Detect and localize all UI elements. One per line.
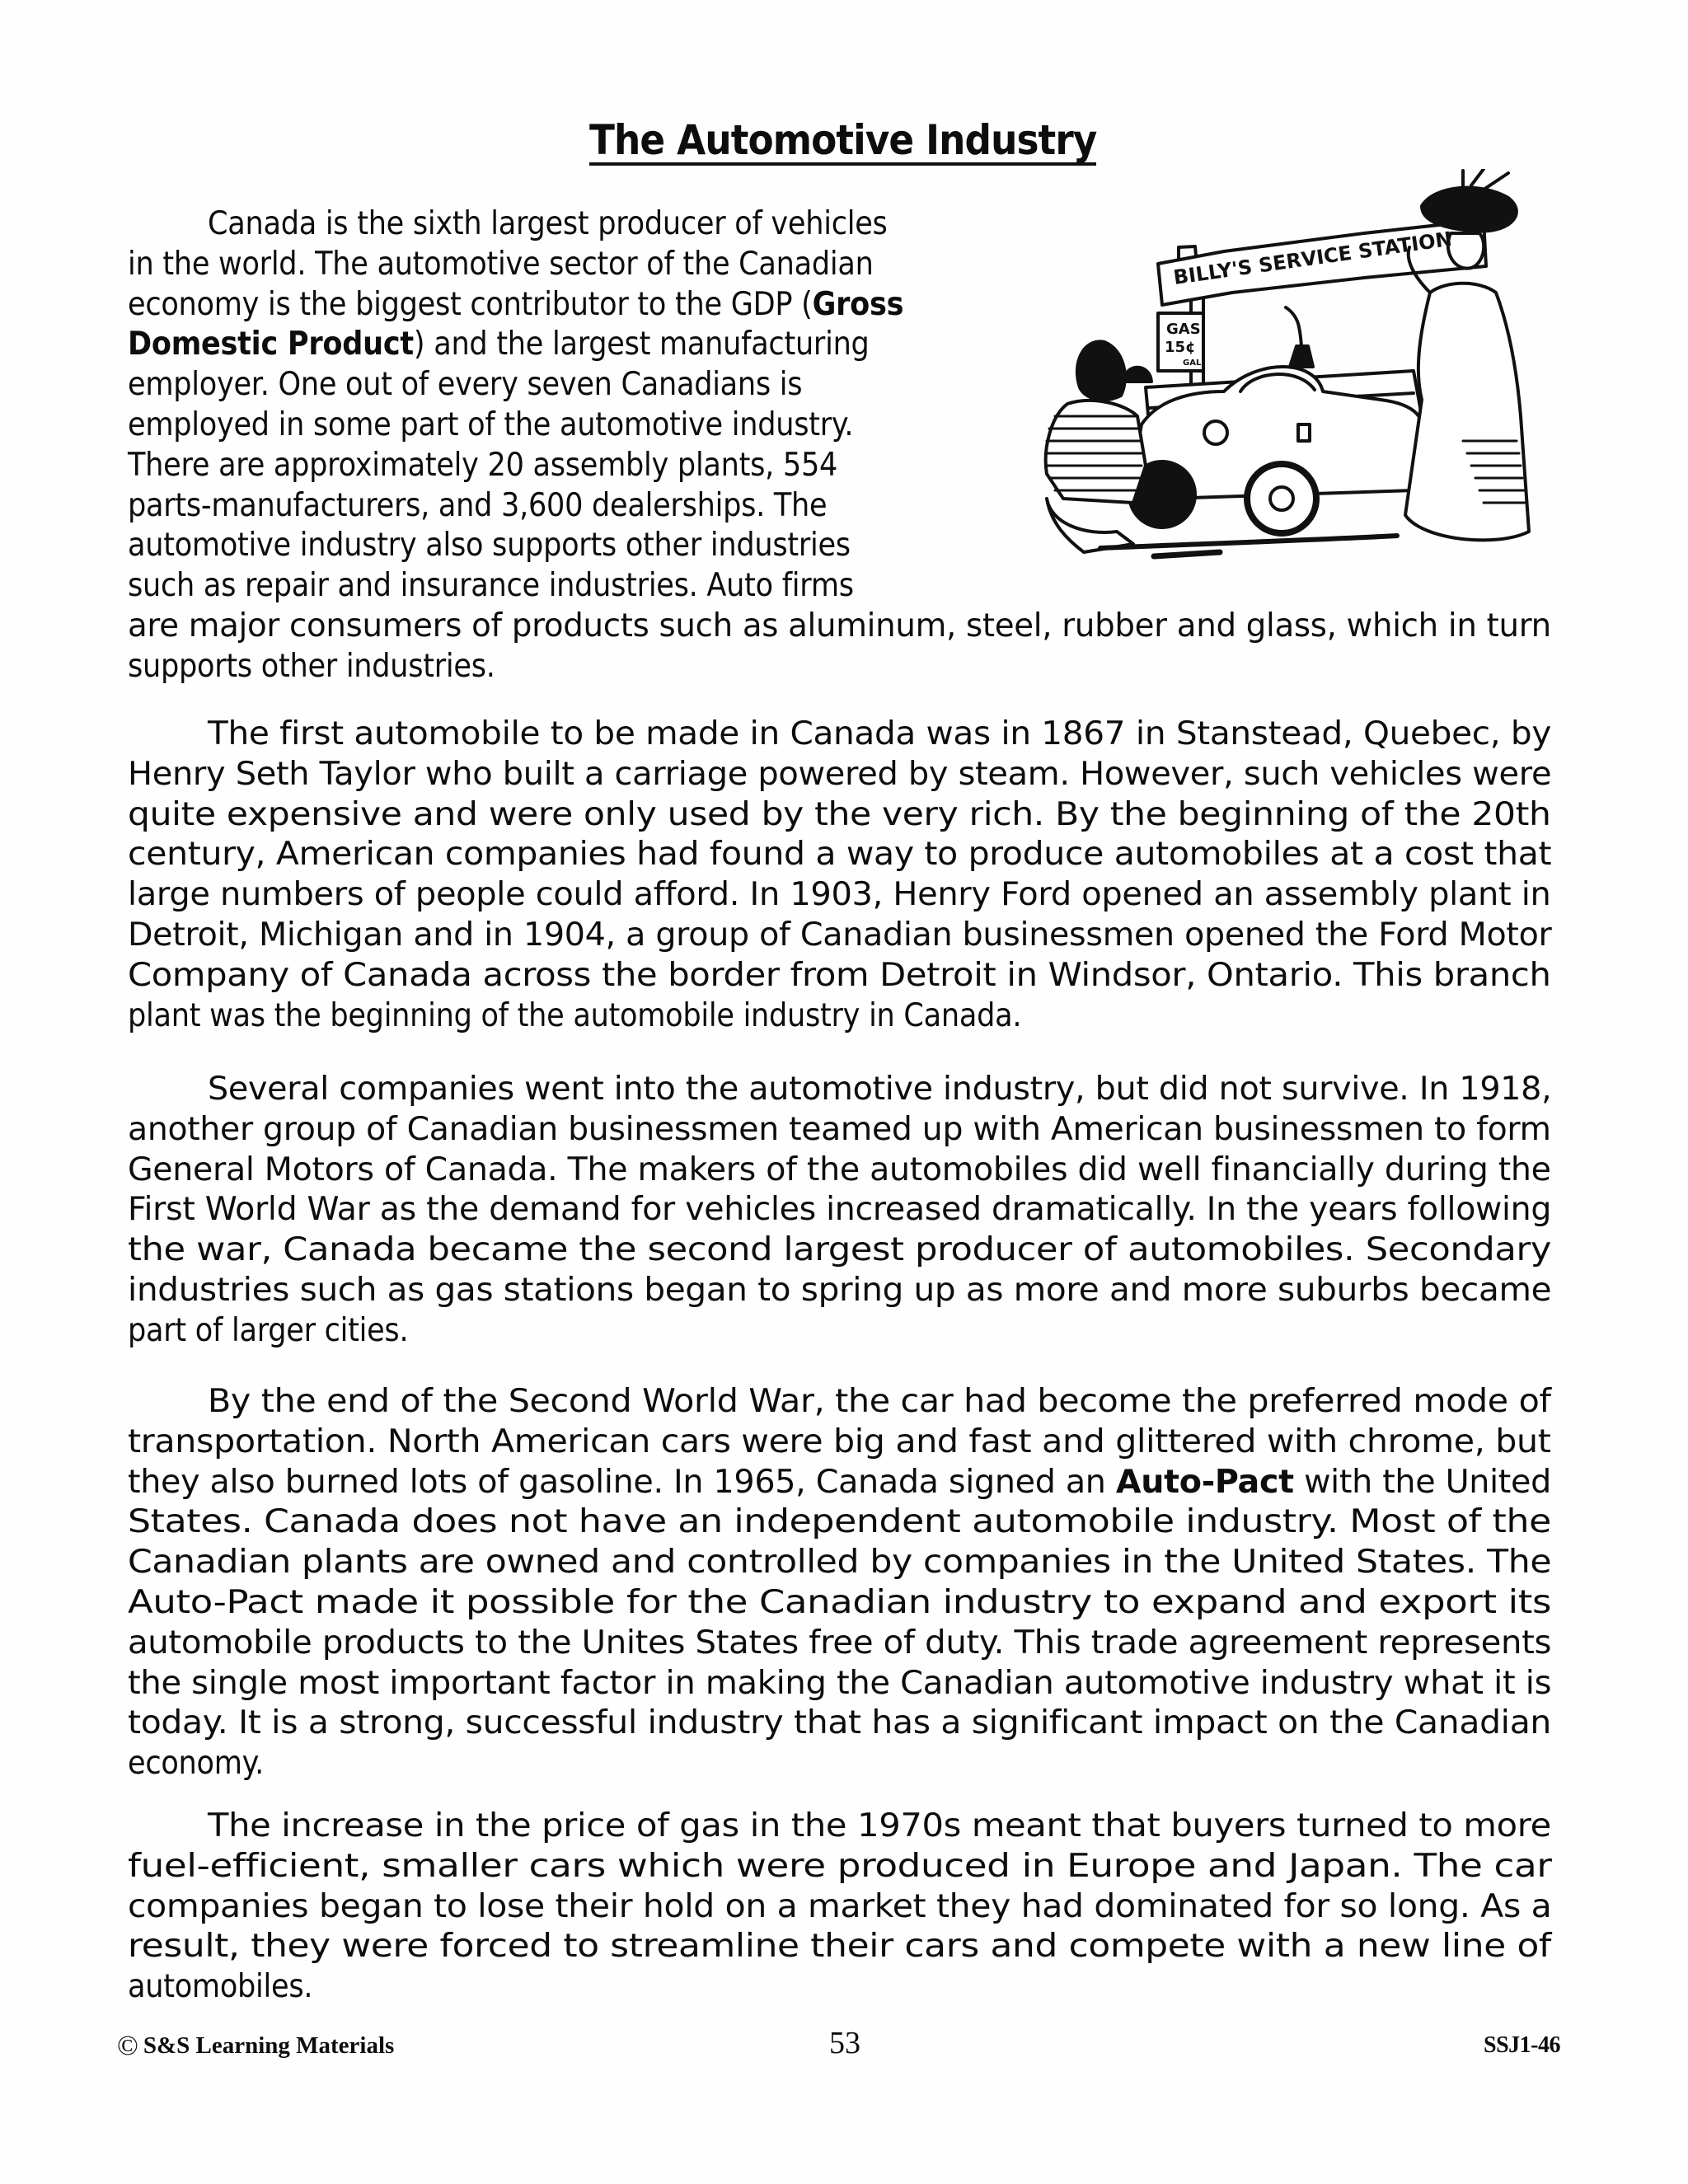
text-run: First World War as the demand for vehicl… xyxy=(128,1191,1551,1228)
text-run: transportation. North American cars were… xyxy=(128,1423,1551,1460)
text-run: in the world. The automotive sector of t… xyxy=(128,246,874,283)
bold-term: Auto-Pact xyxy=(1116,1464,1294,1501)
copyright-icon: © xyxy=(117,2031,138,2061)
paragraph-5-line: automobiles. xyxy=(128,1967,312,2007)
text-run: Several companies went into the automoti… xyxy=(208,1071,1551,1108)
paragraph-3-line: another group of Canadian businessmen te… xyxy=(128,1110,1551,1150)
text-run: the war, Canada became the second larges… xyxy=(128,1231,1551,1268)
text-run: automobiles. xyxy=(128,1968,312,2005)
gas-sign-line1: GAS xyxy=(1166,321,1201,338)
text-run: Auto-Pact made it possible for the Canad… xyxy=(128,1584,1551,1621)
paragraph-4-line: By the end of the Second World War, the … xyxy=(208,1382,1551,1422)
footer-publisher: ©S&S Learning Materials xyxy=(117,2029,394,2063)
publisher-name: S&S Learning Materials xyxy=(143,2032,395,2059)
text-run: Canadian plants are owned and controlled… xyxy=(128,1544,1551,1581)
text-run: such as repair and insurance industries.… xyxy=(128,567,854,604)
paragraph-1-line: employer. One out of every seven Canadia… xyxy=(128,365,802,405)
text-run: they also burned lots of gasoline. In 19… xyxy=(128,1464,1116,1501)
paragraph-4-line: they also burned lots of gasoline. In 19… xyxy=(128,1463,1551,1502)
paragraph-3-line: the war, Canada became the second larges… xyxy=(128,1230,1551,1270)
paragraph-1-line: There are approximately 20 assembly plan… xyxy=(128,446,837,485)
paragraph-3-line: industries such as gas stations began to… xyxy=(128,1271,1551,1310)
paragraph-2-line: Company of Canada across the border from… xyxy=(128,956,1551,996)
text-run: the single most important factor in maki… xyxy=(128,1665,1551,1702)
paragraph-4-line: automobile products to the Unites States… xyxy=(128,1624,1551,1663)
text-run: parts-manufacturers, and 3,600 dealershi… xyxy=(128,487,827,524)
text-run: economy. xyxy=(128,1745,264,1782)
paragraph-1-line: are major consumers of products such as … xyxy=(128,607,1551,646)
paragraph-4-line: today. It is a strong, successful indust… xyxy=(128,1704,1551,1743)
paragraph-5-line: result, they were forced to streamline t… xyxy=(128,1927,1551,1966)
paragraph-2-line: The first automobile to be made in Canad… xyxy=(208,715,1551,754)
document-page: The Automotive Industry Canada is the si… xyxy=(0,0,1688,2184)
paragraph-4-line: the single most important factor in maki… xyxy=(128,1664,1551,1704)
text-run: plant was the beginning of the automobil… xyxy=(128,997,1021,1034)
document-code: SSJ1-46 xyxy=(1484,2029,1560,2062)
bold-term: Gross xyxy=(813,286,904,323)
text-run: Company of Canada across the border from… xyxy=(128,957,1551,994)
bold-term: Domestic Product xyxy=(128,326,414,363)
title-underline xyxy=(589,162,1096,166)
paragraph-4-line: transportation. North American cars were… xyxy=(128,1422,1551,1462)
text-run: ) and the largest manufacturing xyxy=(414,326,870,363)
text-run: result, they were forced to streamline t… xyxy=(128,1928,1551,1965)
page-number: 53 xyxy=(829,2024,860,2062)
paragraph-3-line: part of larger cities. xyxy=(128,1311,408,1351)
text-run: part of larger cities. xyxy=(128,1312,408,1349)
text-run: The first automobile to be made in Canad… xyxy=(208,715,1551,752)
paragraph-1-line: economy is the biggest contributor to th… xyxy=(128,285,903,325)
text-run: another group of Canadian businessmen te… xyxy=(128,1111,1551,1148)
paragraph-3-line: First World War as the demand for vehicl… xyxy=(128,1190,1551,1230)
paragraph-1-line: supports other industries. xyxy=(128,647,495,687)
text-run: supports other industries. xyxy=(128,648,495,685)
paragraph-4-line: Canadian plants are owned and controlled… xyxy=(128,1543,1551,1582)
paragraph-2-line: quite expensive and were only used by th… xyxy=(128,795,1551,835)
text-run: economy is the biggest contributor to th… xyxy=(128,286,813,323)
text-run: with the United xyxy=(1294,1464,1551,1501)
text-run: large numbers of people could afford. In… xyxy=(128,876,1550,913)
paragraph-2-line: Detroit, Michigan and in 1904, a group o… xyxy=(128,916,1551,955)
gas-sign-line3: GAL. xyxy=(1183,359,1204,368)
text-run: employer. One out of every seven Canadia… xyxy=(128,366,802,403)
service-station-illustration: BILLY'S SERVICE STATION GAS 15¢ GAL. xyxy=(1034,169,1537,573)
paragraph-5-line: fuel-efficient, smaller cars which were … xyxy=(128,1847,1552,1886)
text-run: industries such as gas stations began to… xyxy=(128,1272,1551,1309)
text-run: Canada is the sixth largest producer of … xyxy=(208,205,888,242)
text-run: quite expensive and were only used by th… xyxy=(128,796,1551,833)
text-run: States. Canada does not have an independ… xyxy=(128,1503,1551,1540)
text-run: today. It is a strong, successful indust… xyxy=(128,1704,1551,1741)
paragraph-1-line: Domestic Product) and the largest manufa… xyxy=(128,325,870,364)
paragraph-4-line: economy. xyxy=(128,1744,264,1783)
paragraph-1-line: such as repair and insurance industries.… xyxy=(128,566,854,606)
paragraph-1-line: employed in some part of the automotive … xyxy=(128,405,853,445)
text-run: employed in some part of the automotive … xyxy=(128,406,853,443)
text-run: are major consumers of products such as … xyxy=(128,607,1551,644)
paragraph-3-line: General Motors of Canada. The makers of … xyxy=(128,1151,1551,1190)
page-title-text: The Automotive Industry xyxy=(589,115,1096,165)
paragraph-3-line: Several companies went into the automoti… xyxy=(208,1070,1551,1109)
text-run: companies began to lose their hold on a … xyxy=(128,1888,1551,1925)
paragraph-2-line: large numbers of people could afford. In… xyxy=(128,875,1550,915)
text-run: automotive industry also supports other … xyxy=(128,527,851,564)
paragraph-1-line: Canada is the sixth largest producer of … xyxy=(208,204,888,244)
text-run: General Motors of Canada. The makers of … xyxy=(128,1151,1551,1188)
paragraph-5-line: The increase in the price of gas in the … xyxy=(208,1807,1551,1846)
text-run: automobile products to the Unites States… xyxy=(128,1624,1551,1661)
gas-sign-line2: 15¢ xyxy=(1165,339,1196,356)
paragraph-4-line: Auto-Pact made it possible for the Canad… xyxy=(128,1583,1551,1623)
paragraph-1-line: parts-manufacturers, and 3,600 dealershi… xyxy=(128,486,827,526)
text-run: Detroit, Michigan and in 1904, a group o… xyxy=(128,916,1551,954)
text-run: Henry Seth Taylor who built a carriage p… xyxy=(128,756,1551,793)
paragraph-4-line: States. Canada does not have an independ… xyxy=(128,1502,1551,1542)
text-run: There are approximately 20 assembly plan… xyxy=(128,447,837,484)
text-run: The increase in the price of gas in the … xyxy=(208,1807,1551,1844)
paragraph-5-line: companies began to lose their hold on a … xyxy=(128,1887,1551,1927)
paragraph-1-line: in the world. The automotive sector of t… xyxy=(128,245,874,284)
paragraph-2-line: Henry Seth Taylor who built a carriage p… xyxy=(128,755,1551,794)
paragraph-2-line: century, American companies had found a … xyxy=(128,835,1551,874)
text-run: century, American companies had found a … xyxy=(128,836,1551,873)
text-run: By the end of the Second World War, the … xyxy=(208,1383,1551,1420)
paragraph-2-line: plant was the beginning of the automobil… xyxy=(128,996,1021,1036)
page-title: The Automotive Industry xyxy=(589,115,1096,166)
text-run: fuel-efficient, smaller cars which were … xyxy=(128,1848,1552,1885)
paragraph-1-line: automotive industry also supports other … xyxy=(128,526,851,565)
